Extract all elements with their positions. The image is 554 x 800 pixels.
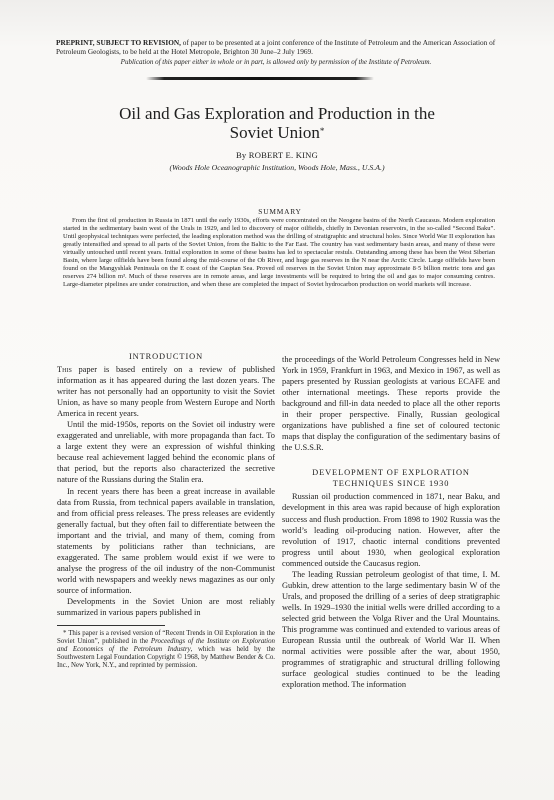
intro-paragraph-3: In recent years there has been a great i… xyxy=(57,486,275,596)
summary-text: From the first oil production in Russia … xyxy=(63,217,495,289)
title-line-2: Soviet Union* xyxy=(60,123,494,142)
intro-continuation: the proceedings of the World Petroleum C… xyxy=(282,354,500,453)
intro-paragraph-1: This paper is based entirely on a review… xyxy=(57,364,275,419)
publication-note: Publication of this paper either in whol… xyxy=(56,58,496,67)
footnote-marker: * xyxy=(320,126,325,136)
document-page: PREPRINT, SUBJECT TO REVISION, of paper … xyxy=(0,0,554,800)
introduction-heading: INTRODUCTION xyxy=(57,351,275,362)
left-column: INTRODUCTION This paper is based entirel… xyxy=(57,351,275,671)
intro-paragraph-4: Developments in the Soviet Union are mos… xyxy=(57,596,275,618)
author-affiliation: (Woods Hole Oceanographic Institution, W… xyxy=(60,163,494,172)
title-line-1: Oil and Gas Exploration and Production i… xyxy=(60,104,494,123)
summary-heading: SUMMARY xyxy=(60,207,500,216)
author-byline: By ROBERT E. KING xyxy=(60,150,494,160)
preprint-notice: PREPRINT, SUBJECT TO REVISION, of paper … xyxy=(56,38,496,56)
paper-title: Oil and Gas Exploration and Production i… xyxy=(60,104,494,142)
footnote: * This paper is a revised version of “Re… xyxy=(57,630,275,670)
decorative-rule xyxy=(146,77,374,80)
drop-word: This xyxy=(57,365,72,374)
development-heading: DEVELOPMENT OF EXPLORATION TECHNIQUES SI… xyxy=(282,467,500,489)
development-paragraph-1: Russian oil production commenced in 1871… xyxy=(282,491,500,568)
preprint-label: PREPRINT, SUBJECT TO REVISION, xyxy=(56,38,181,47)
right-column: the proceedings of the World Petroleum C… xyxy=(282,354,500,690)
development-paragraph-2: The leading Russian petroleum geologist … xyxy=(282,569,500,691)
footnote-divider xyxy=(57,625,165,626)
intro-paragraph-2: Until the mid-1950s, reports on the Sovi… xyxy=(57,419,275,485)
